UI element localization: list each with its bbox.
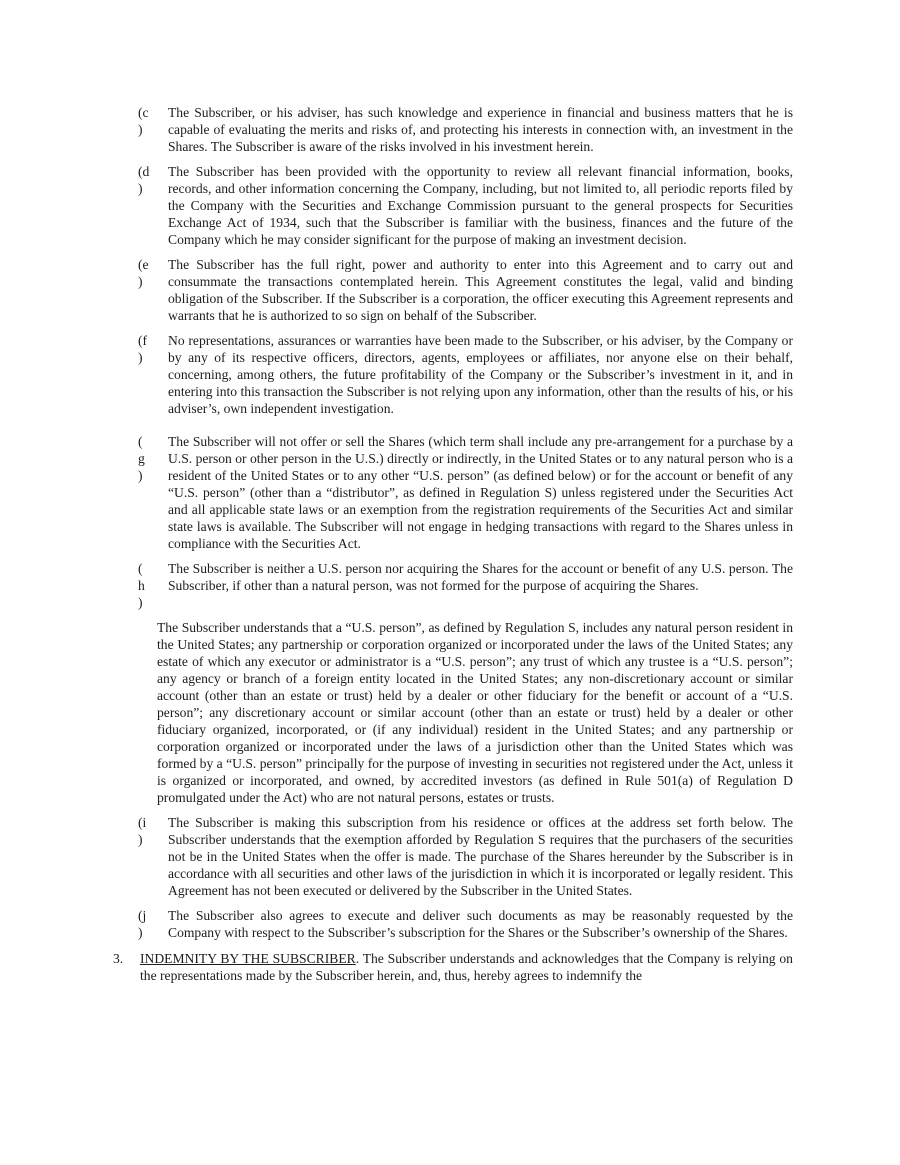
paragraph-e-label: (e )	[138, 256, 168, 324]
paragraph-us-person-definition: The Subscriber understands that a “U.S. …	[157, 619, 793, 806]
paragraph-j: (j ) The Subscriber also agrees to execu…	[113, 907, 793, 941]
paragraph-j-text: The Subscriber also agrees to execute an…	[168, 907, 793, 941]
paragraph-f-text: No representations, assurances or warran…	[168, 332, 793, 417]
paragraph-e-text: The Subscriber has the full right, power…	[168, 256, 793, 324]
paragraph-h-text: The Subscriber is neither a U.S. person …	[168, 560, 793, 611]
paragraph-i-label: (i )	[138, 814, 168, 899]
document-content: (c ) The Subscriber, or his adviser, has…	[113, 104, 793, 984]
paragraph-d-text: The Subscriber has been provided with th…	[168, 163, 793, 248]
paragraph-e: (e ) The Subscriber has the full right, …	[113, 256, 793, 324]
paragraph-f: (f ) No representations, assurances or w…	[113, 332, 793, 417]
paragraph-i: (i ) The Subscriber is making this subsc…	[113, 814, 793, 899]
section-indemnity-heading: INDEMNITY BY THE SUBSCRIBER	[140, 951, 356, 966]
paragraph-i-text: The Subscriber is making this subscripti…	[168, 814, 793, 899]
paragraph-c-text: The Subscriber, or his adviser, has such…	[168, 104, 793, 155]
paragraph-j-label: (j )	[138, 907, 168, 941]
section-indemnity: 3. INDEMNITY BY THE SUBSCRIBER. The Subs…	[113, 950, 793, 984]
paragraph-g: ( g ) The Subscriber will not offer or s…	[113, 433, 793, 552]
paragraph-d-label: (d )	[138, 163, 168, 248]
paragraph-f-label: (f )	[138, 332, 168, 417]
paragraph-h-label: ( h )	[138, 560, 168, 611]
paragraph-d: (d ) The Subscriber has been provided wi…	[113, 163, 793, 248]
paragraph-h: ( h ) The Subscriber is neither a U.S. p…	[113, 560, 793, 611]
paragraph-c: (c ) The Subscriber, or his adviser, has…	[113, 104, 793, 155]
section-indemnity-number: 3.	[113, 950, 140, 984]
paragraph-c-label: (c )	[138, 104, 168, 155]
section-indemnity-body: INDEMNITY BY THE SUBSCRIBER. The Subscri…	[140, 950, 793, 984]
paragraph-g-text: The Subscriber will not offer or sell th…	[168, 433, 793, 552]
document-page: (c ) The Subscriber, or his adviser, has…	[0, 0, 900, 1165]
paragraph-g-label: ( g )	[138, 433, 168, 552]
